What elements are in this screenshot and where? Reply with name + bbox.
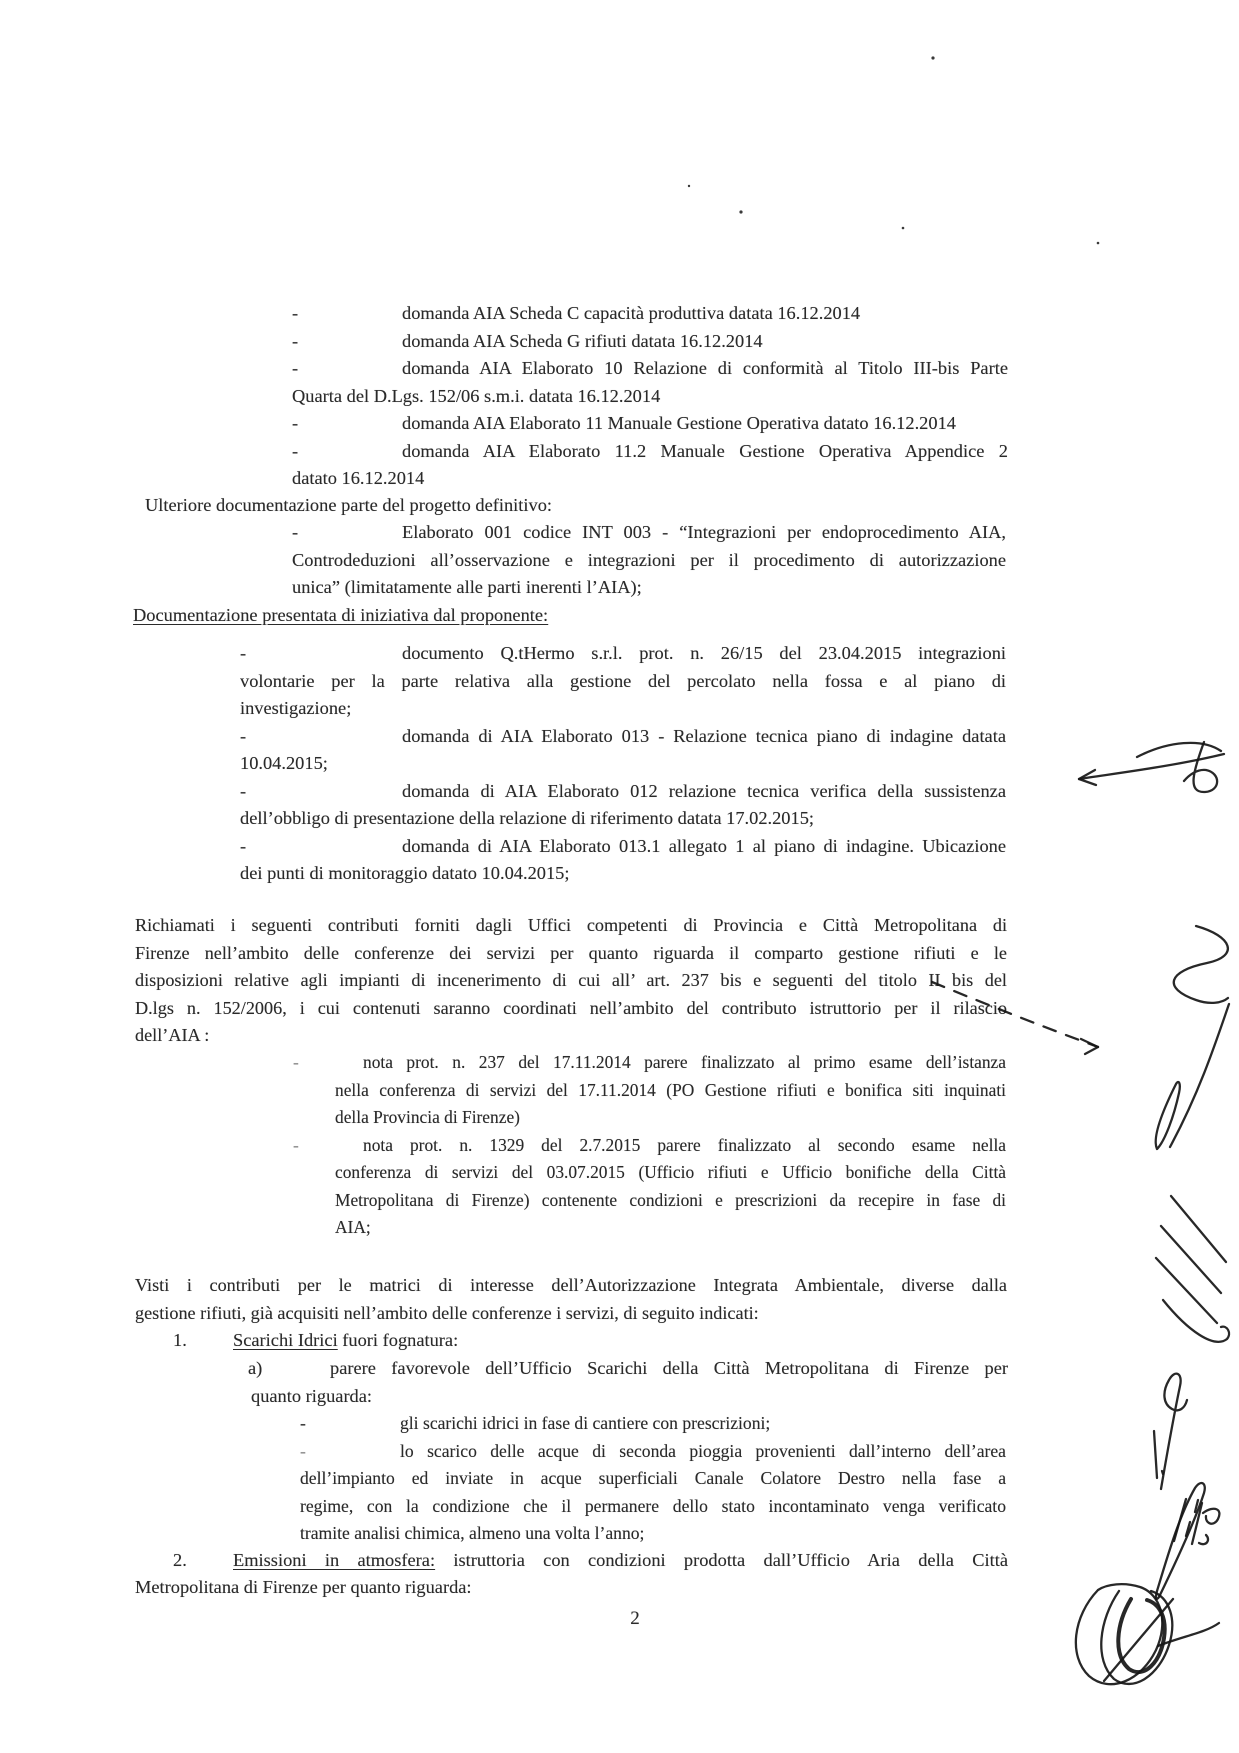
vertical-tick-mark xyxy=(1154,1431,1163,1478)
p-loop-mark xyxy=(1161,1374,1187,1489)
tick-marks xyxy=(1174,1499,1202,1544)
scan-speck xyxy=(739,210,742,213)
handwritten-annotations xyxy=(0,0,1239,1753)
margin-stroke-mark xyxy=(1170,1004,1229,1147)
s-curve-mark xyxy=(1174,926,1228,1003)
scan-speck xyxy=(902,227,905,230)
zigzag-mark xyxy=(1171,1196,1226,1262)
tick-curl-mark xyxy=(1199,1535,1208,1544)
pen-curl-mark xyxy=(1203,1509,1219,1524)
scan-speck xyxy=(1097,242,1100,245)
pen-loop-mark xyxy=(1184,742,1217,792)
arrow-loop-mark xyxy=(1079,754,1224,779)
dashed-arrow-mark xyxy=(932,982,1098,1047)
signature-tail-mark xyxy=(1158,1623,1219,1646)
leaf-stroke-mark xyxy=(1156,1082,1180,1149)
zigzag-mark xyxy=(1156,1258,1217,1323)
zigzag-mark xyxy=(1161,1226,1221,1293)
document-page: -domanda AIA Scheda C capacità produttiv… xyxy=(0,0,1239,1753)
scan-speck xyxy=(931,56,934,59)
pen-arc-mark xyxy=(1137,743,1221,757)
scan-speck xyxy=(688,185,690,187)
zigzag-curl-mark xyxy=(1163,1300,1229,1342)
arrowhead-icon xyxy=(1081,1039,1098,1054)
